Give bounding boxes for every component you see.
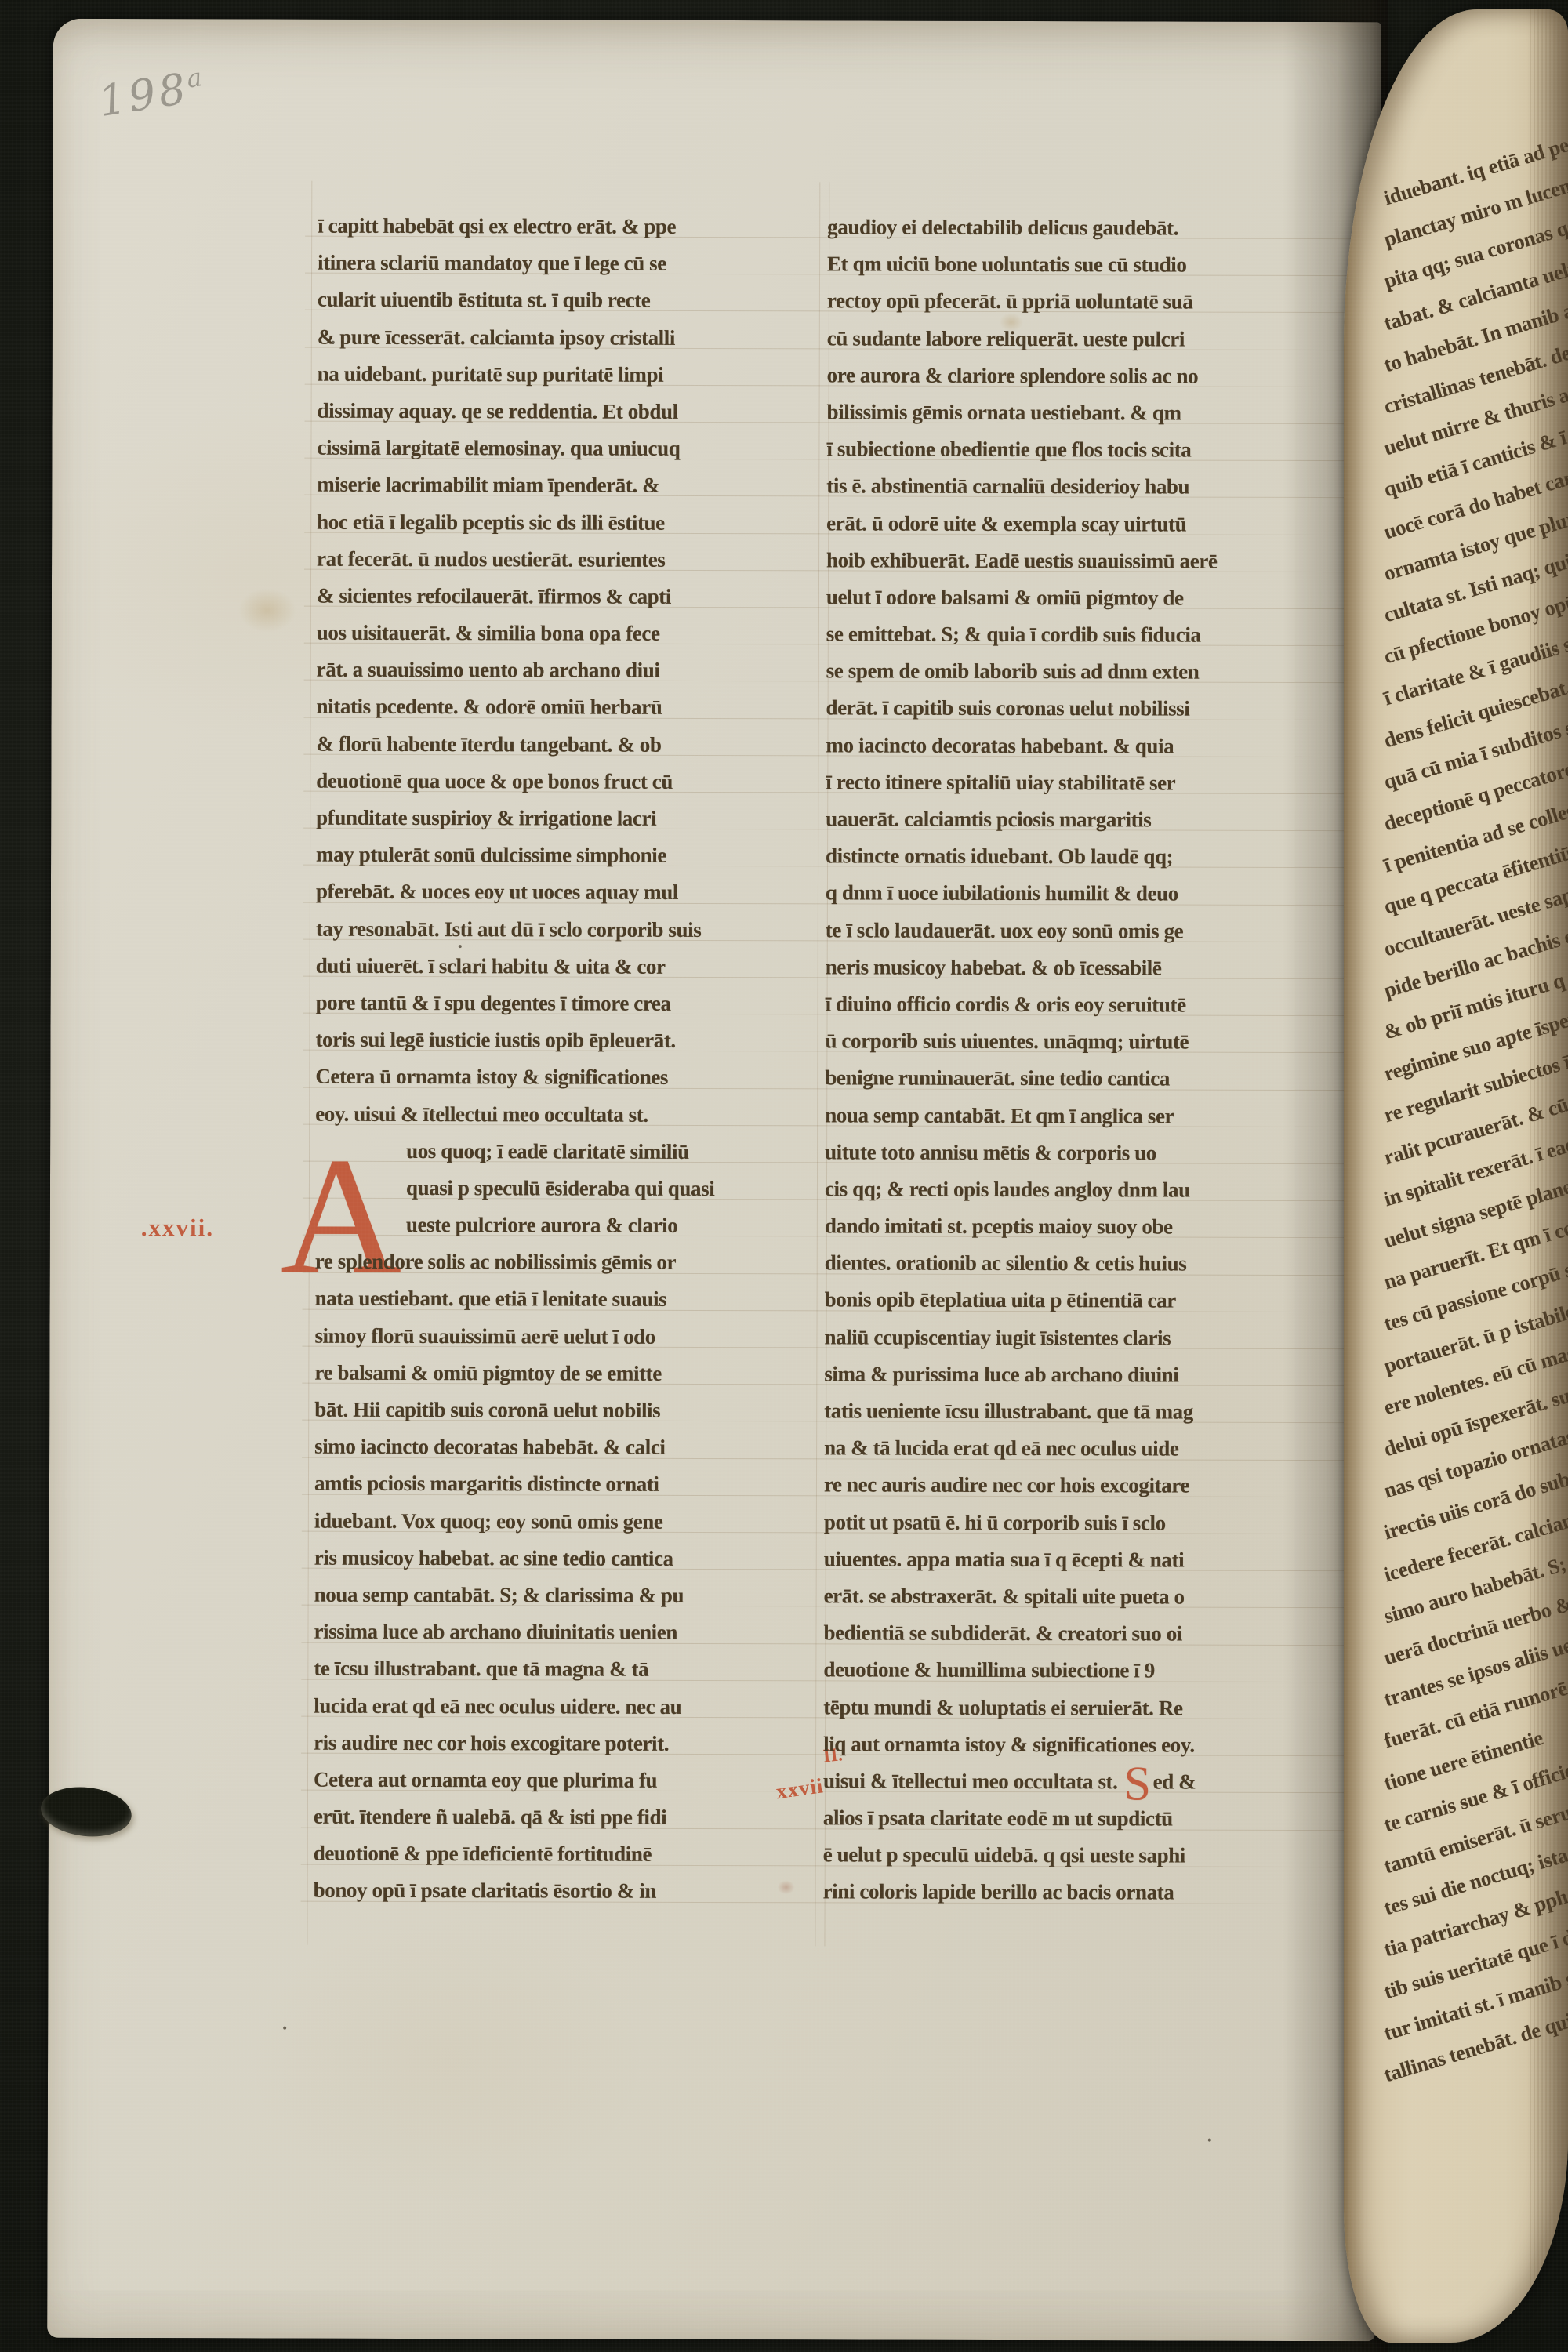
manuscript-text-line: cū sudante labore reliquerāt. ueste pulc… <box>827 320 1376 358</box>
manuscript-text-line: tēptu mundi & uoluptatis ei seruierāt. R… <box>823 1689 1372 1727</box>
manuscript-text-line: cis qq; & recti opis laudes angloy dnm l… <box>825 1171 1374 1209</box>
manuscript-text-line: hoc etiā ī legalib pceptis sic ds illi ē… <box>317 503 831 542</box>
manuscript-text-line: uitute toto annisu mētis & corporis uo <box>825 1134 1374 1172</box>
manuscript-text-line: amtis pciosis margaritis distincte ornat… <box>314 1465 829 1504</box>
manuscript-text-line: lucida erat qd eā nec oculus uidere. nec… <box>314 1687 828 1726</box>
folio-number-pencil: 198a <box>96 61 207 126</box>
text-column-right: gaudioy ei delectabilib delicus gaudebāt… <box>823 209 1377 1911</box>
manuscript-text-line: ū corporib suis uiuentes. unāqmq; uirtut… <box>825 1022 1374 1061</box>
manuscript-text-line: ī capitt habebāt qsi ex electro erāt. & … <box>318 208 832 246</box>
right-page-edge: iduebant. iq etiā ad pect ueplanctay mir… <box>1344 9 1568 2343</box>
manuscript-text-line: re balsami & omiū pigmtoy de se emitte <box>314 1354 829 1392</box>
manuscript-text-line: uauerāt. calciamtis pciosis margaritis <box>826 800 1374 839</box>
manuscript-text-line: erūt. ītendere ñ ualebā. qā & isti ppe f… <box>314 1798 828 1837</box>
manuscript-text-line: noua semp cantabāt. Et qm ī anglica ser <box>825 1097 1374 1135</box>
manuscript-text-line: potit ut psatū ē. hi ū corporib suis ī s… <box>824 1504 1373 1542</box>
manuscript-text-line: toris sui legē iusticie iustis opib ēple… <box>315 1022 829 1060</box>
manuscript-text-line: ueste pulcriore aurora & clario <box>315 1207 829 1245</box>
manuscript-text-line: na & tā lucida erat qd eā nec oculus uid… <box>824 1430 1373 1468</box>
manuscript-text-line: ris audire nec cor hois excogitare poter… <box>314 1724 828 1762</box>
manuscript-text-line: dando imitati st. pceptis maioy suoy obe <box>825 1207 1374 1246</box>
parchment-speck <box>332 341 335 344</box>
manuscript-text-line: re splendore solis ac nobilissimis gēmis… <box>315 1243 829 1282</box>
manuscript-text-line: bilissimis gēmis ornata uestiebant. & qm <box>827 394 1376 432</box>
parchment-stain <box>238 588 296 632</box>
manuscript-text-line: & pure īcesserāt. calciamta ipsoy crista… <box>318 318 832 357</box>
manuscript-text-line: duti uiuerēt. ī sclari habitu & uita & c… <box>316 947 830 985</box>
left-page-parchment: 198a .xxvii. A II. xxvii ī capitt habebā… <box>47 19 1381 2341</box>
manuscript-text-line: iduebant. Vox quoq; eoy sonū omis gene <box>314 1502 829 1541</box>
manuscript-text-line: nitatis pcedente. & odorē omiū herbarū <box>317 688 831 727</box>
manuscript-text-line: na uidebant. puritatē sup puritatē limpi <box>318 355 832 394</box>
parchment-speck <box>459 945 462 948</box>
manuscript-text-line: ī recto itinere spitaliū uiay stabilitat… <box>826 764 1374 802</box>
manuscript-text-line: gaudioy ei delectabilib delicus gaudebāt… <box>827 209 1376 247</box>
manuscript-text-line: benigne ruminauerāt. sine tedio cantica <box>825 1060 1374 1098</box>
manuscript-text-line: uos quoq; ī eadē claritatē similiū <box>315 1132 829 1171</box>
manuscript-text-line: alios ī psata claritate eodē m ut supdic… <box>823 1799 1372 1838</box>
manuscript-text-line: cissimā largitatē elemosinay. qua uniucu… <box>317 430 831 468</box>
manuscript-text-line: quasi p speculū ēsideraba qui quasi <box>315 1170 829 1208</box>
manuscript-text-line: re nec auris audire nec cor hois excogit… <box>824 1467 1373 1505</box>
manuscript-text-line: ī diuino officio cordis & oris eoy serui… <box>826 985 1374 1024</box>
manuscript-text-line: rat fecerāt. ū nudos uestierāt. esurient… <box>317 540 831 579</box>
manuscript-text-line: ris musicoy habebat. ac sine tedio canti… <box>314 1539 829 1577</box>
manuscript-text-line: te ī sclo laudauerāt. uox eoy sonū omis … <box>826 912 1374 950</box>
right-page-text-fragments: iduebant. iq etiā ad pect ueplanctay mir… <box>1344 9 1568 2343</box>
manuscript-text-line: uisui & ītellectui meo occultata st.Sed … <box>823 1762 1372 1801</box>
manuscript-text-line: uiuentes. appa matia sua ī q ēcepti & na… <box>824 1541 1373 1579</box>
manuscript-text-line: Et qm uiciū bone uoluntatis sue cū studi… <box>827 246 1376 285</box>
manuscript-text-line: tatis ueniente īcsu illustrabant. que tā… <box>824 1392 1373 1431</box>
manuscript-text-line: te īcsu illustrabant. que tā magna & tā <box>314 1650 828 1689</box>
rubric-line-after: ed & <box>1153 1769 1196 1793</box>
manuscript-text-line: & florū habente īterdu tangebant. & ob <box>316 725 830 764</box>
manuscript-text-line: ore aurora & clariore splendore solis ac… <box>827 357 1376 395</box>
manuscript-text-line: rissima luce ab archano diuinitatis ueni… <box>314 1613 828 1652</box>
manuscript-text-line: rāt. a suauissimo uento ab archano diui <box>317 652 831 690</box>
manuscript-text-line: hoib exhibuerāt. Eadē uestis suauissimū … <box>826 542 1375 580</box>
manuscript-text-line: bedientiā se subdiderāt. & creatori suo … <box>823 1614 1372 1653</box>
manuscript-text-line: deuotionē qua uoce & ope bonos fruct cū <box>316 762 830 800</box>
manuscript-text-line: neris musicoy habebat. & ob īcessabilē <box>826 949 1374 987</box>
manuscript-text-line: dissimay aquay. qe se reddentia. Et obdu… <box>318 393 832 431</box>
manuscript-text-line: eoy. uisui & ītellectui meo occultata st… <box>315 1095 829 1134</box>
text-column-left: ī capitt habebāt qsi ex electro erāt. & … <box>314 208 833 1911</box>
manuscript-text-line: se spem de omib laborib suis ad dnm exte… <box>826 653 1375 691</box>
manuscript-text-line: bonis opib ēteplatiua uita p ētinentiā c… <box>825 1282 1374 1320</box>
manuscript-text-line: se emittebat. S; & quia ī cordib suis fi… <box>826 615 1375 654</box>
manuscript-text-line: & sicientes refocilauerāt. īfirmos & cap… <box>317 578 831 616</box>
manuscript-text-line: derāt. ī capitib suis coronas uelut nobi… <box>826 690 1375 728</box>
manuscript-text-line: naliū ccupiscentiay iugit īsistentes cla… <box>824 1319 1373 1357</box>
parchment-speck <box>283 2027 286 2030</box>
manuscript-text-line: mo iacincto decoratas habebant. & quia <box>826 727 1374 765</box>
manuscript-text-line: pore tantū & ī spu degentes ī timore cre… <box>316 985 830 1023</box>
manuscript-text-line: ē uelut p speculū uidebā. q qsi ueste sa… <box>823 1837 1372 1875</box>
manuscript-text-line: rectoy opū pfecerāt. ū ppriā uoluntatē s… <box>827 283 1376 321</box>
manuscript-text-line: deuotionē & ppe īdeficientē fortitudinē <box>314 1835 828 1874</box>
ruling-lines <box>53 19 1381 22</box>
manuscript-text-line: pfunditate suspirioy & irrigatione lacri <box>316 800 830 838</box>
manuscript-text-line: simo iacincto decoratas habebāt. & calci <box>314 1428 829 1467</box>
manuscript-text-line: Cetera aut ornamta eoy que plurima fu <box>314 1762 828 1800</box>
manuscript-text-line: tay resonabāt. Isti aut dū ī sclo corpor… <box>316 910 830 949</box>
manuscript-text-line: pferebāt. & uoces eoy ut uoces aquay mul <box>316 873 830 912</box>
manuscript-text-line: nata uestiebant. que etiā ī lenitate sua… <box>315 1280 829 1319</box>
manuscript-text-line: bāt. Hii capitib suis coronā uelut nobil… <box>314 1392 829 1430</box>
manuscript-text-line: erāt. ū odorē uite & exempla scay uirtut… <box>826 505 1375 543</box>
manuscript-text-line: distincte ornatis iduebant. Ob laudē qq; <box>826 838 1374 877</box>
manuscript-text-line: simoy florū suauissimū aerē uelut ī odo <box>314 1317 829 1356</box>
folio-number: 198 <box>96 64 192 126</box>
manuscript-text-line: Cetera ū ornamta istoy & significationes <box>315 1058 829 1097</box>
rubric-line-before: uisui & ītellectui meo occultata st. <box>823 1769 1118 1793</box>
manuscript-text-line: dientes. orationib ac silentio & cetis h… <box>825 1245 1374 1283</box>
manuscript-text-line: liq aut ornamta istoy & significationes … <box>823 1726 1372 1764</box>
manuscript-text-line: uos uisitauerāt. & similia bona opa fece <box>317 615 831 653</box>
manuscript-photo-background: 198a .xxvii. A II. xxvii ī capitt habebā… <box>0 0 1568 2352</box>
manuscript-text-line: rini coloris lapide berillo ac bacis orn… <box>823 1874 1372 1912</box>
manuscript-text-line: tis ē. abstinentiā carnaliū desiderioy h… <box>826 468 1375 506</box>
manuscript-text-line: miserie lacrimabilit miam īpenderāt. & <box>317 466 831 505</box>
manuscript-text-line: itinera sclariū mandatoy que ī lege cū s… <box>318 245 832 283</box>
manuscript-text-line: noua semp cantabāt. S; & clarissima & pu <box>314 1577 829 1615</box>
manuscript-text-line: sima & purissima luce ab archano diuini <box>824 1356 1373 1394</box>
ruling-vertical-col1-left <box>307 181 312 1945</box>
manuscript-text-line: uelut ī odore balsami & omiū pigmtoy de <box>826 579 1375 617</box>
manuscript-text-line: q dnm ī uoce iubilationis humilit & deuo <box>826 875 1374 913</box>
manuscript-text-line: may ptulerāt sonū dulcissime simphonie <box>316 837 830 875</box>
parchment-notch-flaw <box>38 1783 134 1841</box>
manuscript-text-line: bonoy opū ī psate claritatis ēsortio & i… <box>314 1872 828 1911</box>
parchment-speck <box>1208 2139 1211 2142</box>
manuscript-text-line: ī subiectione obedientie que flos tocis … <box>826 430 1375 469</box>
manuscript-text-line: erāt. se abstraxerāt. & spitali uite pue… <box>824 1577 1373 1616</box>
manuscript-text-line: deuotione & humillima subiectione ī 9 <box>823 1652 1372 1690</box>
chapter-number-margin: .xxvii. <box>141 1214 214 1242</box>
manuscript-text-line: cularit uiuentib ēstituta st. ī quib rec… <box>318 281 832 320</box>
